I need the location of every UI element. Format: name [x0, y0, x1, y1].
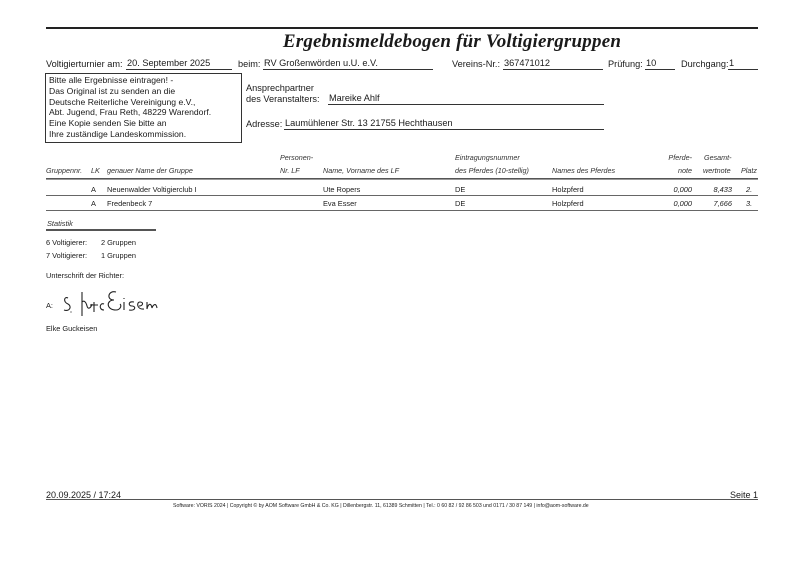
stat-value: 2 Gruppen	[101, 238, 136, 247]
col-group-name: genauer Name der Gruppe	[107, 166, 193, 175]
stat-label: 6 Voltigierer:	[46, 238, 87, 247]
col-lk: LK	[91, 166, 100, 175]
col-registration-2: des Pferdes (10-stellig)	[455, 166, 529, 175]
cell-total: 7,666	[700, 199, 732, 208]
col-horse-name: Names des Pferdes	[552, 166, 615, 175]
notice-line: Bitte alle Ergebnisse eintragen! -	[49, 75, 238, 86]
cell-lf-name: Ute Ropers	[323, 185, 360, 194]
cell-lk: A	[91, 199, 96, 208]
round-label: Durchgang:	[681, 59, 729, 69]
col-horse-score-1: Pferde-	[660, 153, 692, 162]
round-field: 1	[728, 58, 758, 70]
cell-horse-name: Holzpferd	[552, 185, 584, 194]
club-number-field: 367471012	[503, 58, 603, 70]
signature-label: Unterschrift der Richter:	[46, 271, 124, 280]
judge-name: Elke Guckeisen	[46, 324, 97, 333]
notice-line: Eine Kopie senden Sie bitte an	[49, 118, 238, 129]
handwritten-signature-icon	[60, 288, 160, 318]
contact-label-line2: des Veranstalters:	[246, 94, 320, 104]
cell-total: 8,433	[700, 185, 732, 194]
col-horse-score-2: note	[660, 166, 692, 175]
col-person-number-2: Nr. LF	[280, 166, 300, 175]
cell-horse-name: Holzpferd	[552, 199, 584, 208]
exam-field: 10	[645, 58, 675, 70]
cell-horse-score: 0,000	[656, 199, 692, 208]
stat-value: 1 Gruppen	[101, 251, 136, 260]
footer-software-line: Software: VORIS 2024 | Copyright © by AO…	[173, 503, 589, 509]
cell-place: 2.	[746, 185, 756, 194]
statistics-title: Statistik	[47, 219, 73, 228]
cell-group-name: Neuenwalder Voltigierclub I	[107, 185, 197, 194]
notice-line: Abt. Jugend, Frau Reth, 48229 Warendorf.	[49, 107, 238, 118]
col-person-number-1: Personen-	[280, 153, 313, 162]
host-label: beim:	[238, 59, 260, 69]
cell-registration: DE	[455, 199, 465, 208]
cell-lf-name: Eva Esser	[323, 199, 357, 208]
tournament-date-field: 20. September 2025	[126, 58, 232, 70]
cell-registration: DE	[455, 185, 465, 194]
stat-label: 7 Voltigierer:	[46, 251, 87, 260]
signature-prefix: A:	[46, 301, 53, 310]
col-lf-name: Name, Vorname des LF	[323, 166, 399, 175]
notice-line: Deutsche Reiterliche Vereinigung e.V.,	[49, 97, 238, 108]
contact-label-line1: Ansprechpartner	[246, 83, 314, 93]
submission-notice-box: Bitte alle Ergebnisse eintragen! - Das O…	[45, 73, 242, 143]
col-group-number: Gruppennr.	[46, 166, 82, 175]
document-title: Ergebnismeldebogen für Voltigiergruppen	[46, 31, 758, 53]
club-number-label: Vereins-Nr.:	[452, 59, 500, 69]
col-total-1: Gesamt-	[704, 153, 732, 162]
statistics-rule	[46, 229, 156, 231]
row-divider	[46, 210, 758, 211]
top-rule	[46, 27, 758, 29]
host-field: RV Großenwörden u.U. e.V.	[263, 58, 433, 70]
col-registration-1: Eintragungsnummer	[455, 153, 520, 162]
exam-label: Prüfung:	[608, 59, 643, 69]
cell-horse-score: 0,000	[656, 185, 692, 194]
notice-line: Das Original ist zu senden an die	[49, 86, 238, 97]
footer-rule	[46, 499, 758, 500]
address-label: Adresse:	[246, 119, 282, 129]
address-field: Laumühlener Str. 13 21755 Hechthausen	[284, 118, 604, 130]
col-total-2: wertnote	[703, 166, 731, 175]
col-place: Platz	[741, 166, 757, 175]
tournament-date-label: Voltigierturnier am:	[46, 59, 123, 69]
cell-lk: A	[91, 185, 96, 194]
row-divider	[46, 195, 758, 196]
cell-group-name: Fredenbeck 7	[107, 199, 152, 208]
contact-name-field: Mareike Ahlf	[328, 93, 604, 105]
cell-place: 3.	[746, 199, 756, 208]
notice-line: Ihre zuständige Landeskommission.	[49, 129, 238, 140]
document-title-text: Ergebnismeldebogen für Voltigiergruppen	[283, 31, 621, 52]
table-header-rule	[46, 178, 758, 180]
